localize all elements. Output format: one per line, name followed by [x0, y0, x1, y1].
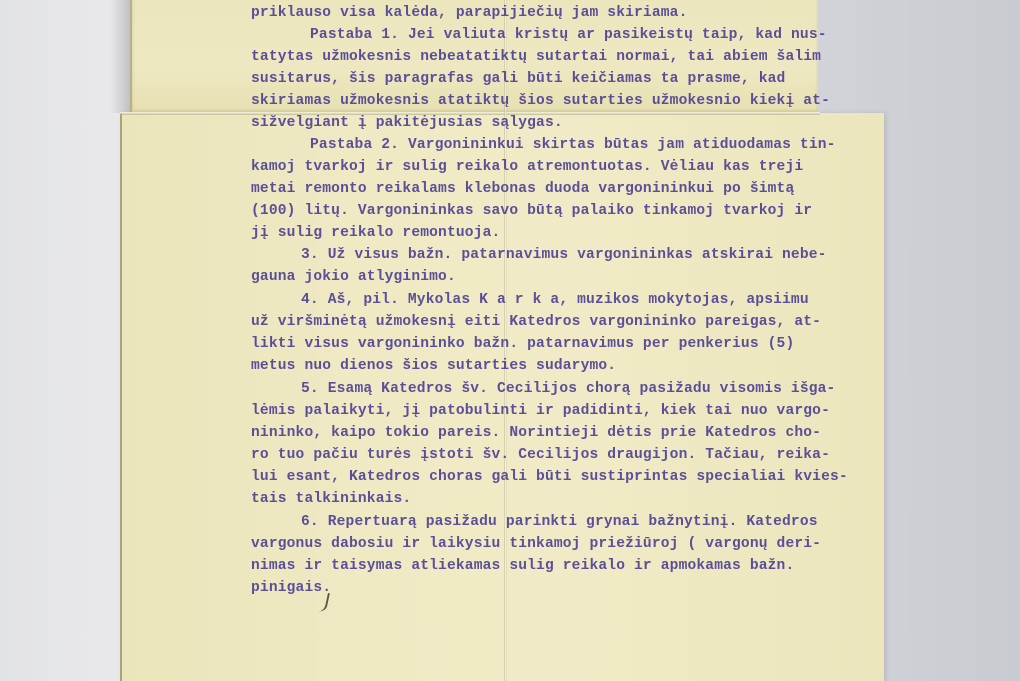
text-line: Pastaba 1. Jei valiuta kristų ar pasikei…: [310, 24, 827, 46]
text-line: likti visus vargonininko bažn. patarnavi…: [251, 333, 794, 355]
text-line: lėmis palaikyti, jį patobulinti ir padid…: [251, 400, 830, 422]
text-line: už viršminėtą užmokesnį eiti Katedros va…: [251, 311, 821, 333]
text-line: 3. Už visus bažn. patarnavimus vargonini…: [301, 244, 827, 266]
text-line: Pastaba 2. Vargonininkui skirtas būtas j…: [310, 134, 836, 156]
text-line: vargonus dabosiu ir laikysiu tinkamoj pr…: [251, 533, 821, 555]
text-line: nimas ir taisymas atliekamas sulig reika…: [251, 555, 794, 577]
text-line: 6. Repertuarą pasižadu parinkti grynai b…: [301, 511, 818, 533]
text-line: jį sulig reikalo remontuoja.: [251, 222, 500, 244]
text-line: priklauso visa kalėda, parapijiečių jam …: [251, 2, 687, 24]
text-line: gauna jokio atlyginimo.: [251, 266, 456, 288]
text-line: tatytas užmokesnis nebeatatiktų sutartai…: [251, 46, 821, 68]
text-line: susitarus, šis paragrafas gali būti keič…: [251, 68, 785, 90]
text-line: ro tuo pačiu turės įstoti šv. Cecilijos …: [251, 444, 830, 466]
text-line: metai remonto reikalams klebonas duoda v…: [251, 178, 794, 200]
text-line: nininko, kaipo tokio pareis. Norintieji …: [251, 422, 821, 444]
text-line: lui esant, Katedros choras gali būti sus…: [251, 466, 848, 488]
text-line: metus nuo dienos šios sutarties sudarymo…: [251, 355, 616, 377]
text-line: kamoj tvarkoj ir sulig reikalo atremontu…: [251, 156, 803, 178]
paper-shadow: [110, 0, 132, 113]
text-line: 5. Esamą Katedros šv. Cecilijos chorą pa…: [301, 378, 835, 400]
text-line: tais talkininkais.: [251, 488, 411, 510]
text-line: skiriamas užmokesnis atatiktų šios sutar…: [251, 90, 830, 112]
typewritten-text-body: priklauso visa kalėda, parapijiečių jam …: [251, 0, 269, 448]
text-line: (100) litų. Vargonininkas savo būtą pala…: [251, 200, 812, 222]
text-line: sižvelgiant į pakitėjusias sąlygas.: [251, 112, 563, 134]
text-line: 4. Aš, pil. Mykolas K a r k a, muzikos m…: [301, 289, 809, 311]
